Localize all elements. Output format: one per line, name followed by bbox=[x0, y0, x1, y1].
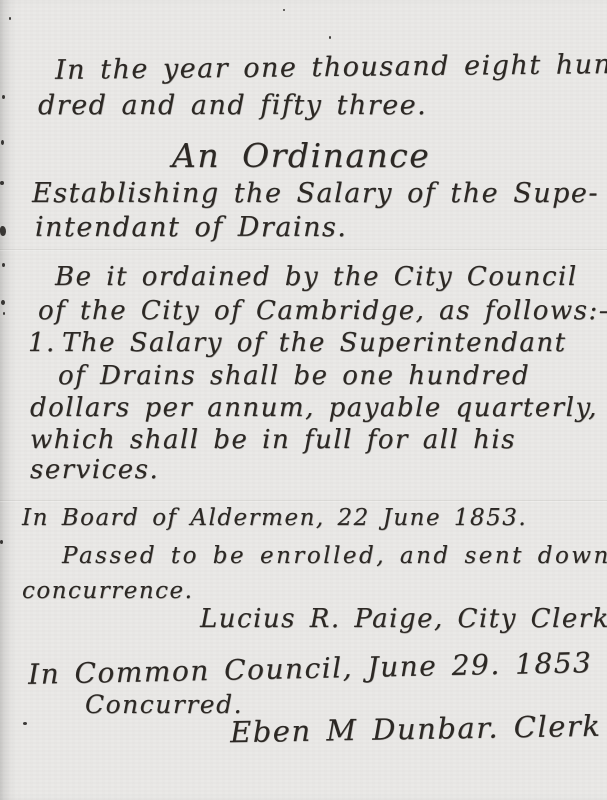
common-council-record-heading: In Common Council, June 29. 1853 bbox=[28, 646, 593, 691]
scan-edge-speck bbox=[2, 263, 5, 267]
scan-speck bbox=[23, 722, 27, 725]
paper-crease bbox=[0, 500, 607, 501]
aldermen-record-action-line-1: Passed to be enrolled, and sent down for bbox=[62, 543, 607, 569]
section-1-line-1: The Salary of the Superintendant bbox=[62, 328, 567, 358]
section-number: 1. bbox=[28, 328, 56, 358]
common-council-concurred: Concurred. bbox=[85, 690, 243, 719]
scan-edge-speck bbox=[0, 540, 3, 544]
scan-edge-speck bbox=[1, 300, 5, 305]
scan-edge-speck bbox=[0, 181, 4, 185]
date-preamble-line-1: In the year one thousand eight hun bbox=[55, 49, 607, 86]
council-clerk-signature: Eben M Dunbar. Clerk bbox=[230, 709, 602, 749]
scan-speck bbox=[9, 17, 11, 20]
scan-edge-speck bbox=[3, 312, 5, 315]
ordinance-subtitle-line-2: intendant of Drains. bbox=[35, 212, 347, 243]
aldermen-record-action-line-2: concurrence. bbox=[22, 578, 193, 604]
scan-speck bbox=[329, 36, 331, 39]
ordinance-title: An Ordinance bbox=[172, 136, 430, 175]
scan-edge-speck bbox=[2, 95, 5, 99]
section-1-line-2: of Drains shall be one hundred bbox=[58, 361, 530, 391]
enactment-clause-line-2: of the City of Cambridge, as follows:— bbox=[38, 296, 607, 326]
scan-edge-speck bbox=[0, 226, 6, 236]
enactment-clause-line-1: Be it ordained by the City Council bbox=[55, 262, 578, 292]
section-1-line-3: dollars per annum, payable quarterly, bbox=[30, 393, 598, 423]
ordinance-subtitle-line-1: Establishing the Salary of the Supe- bbox=[32, 178, 599, 209]
city-clerk-signature: Lucius R. Paige, City Clerk. bbox=[200, 604, 607, 634]
paper-crease bbox=[0, 249, 607, 250]
date-preamble-line-2: dred and and fifty three. bbox=[38, 90, 427, 121]
scan-speck bbox=[283, 9, 285, 11]
scanned-document-page: In the year one thousand eight hun dred … bbox=[0, 0, 607, 800]
scan-edge-speck bbox=[1, 140, 4, 145]
section-1-line-5: services. bbox=[30, 455, 159, 485]
aldermen-record-heading: In Board of Aldermen, 22 June 1853. bbox=[22, 505, 527, 531]
section-1-line-4: which shall be in full for all his bbox=[30, 425, 516, 455]
